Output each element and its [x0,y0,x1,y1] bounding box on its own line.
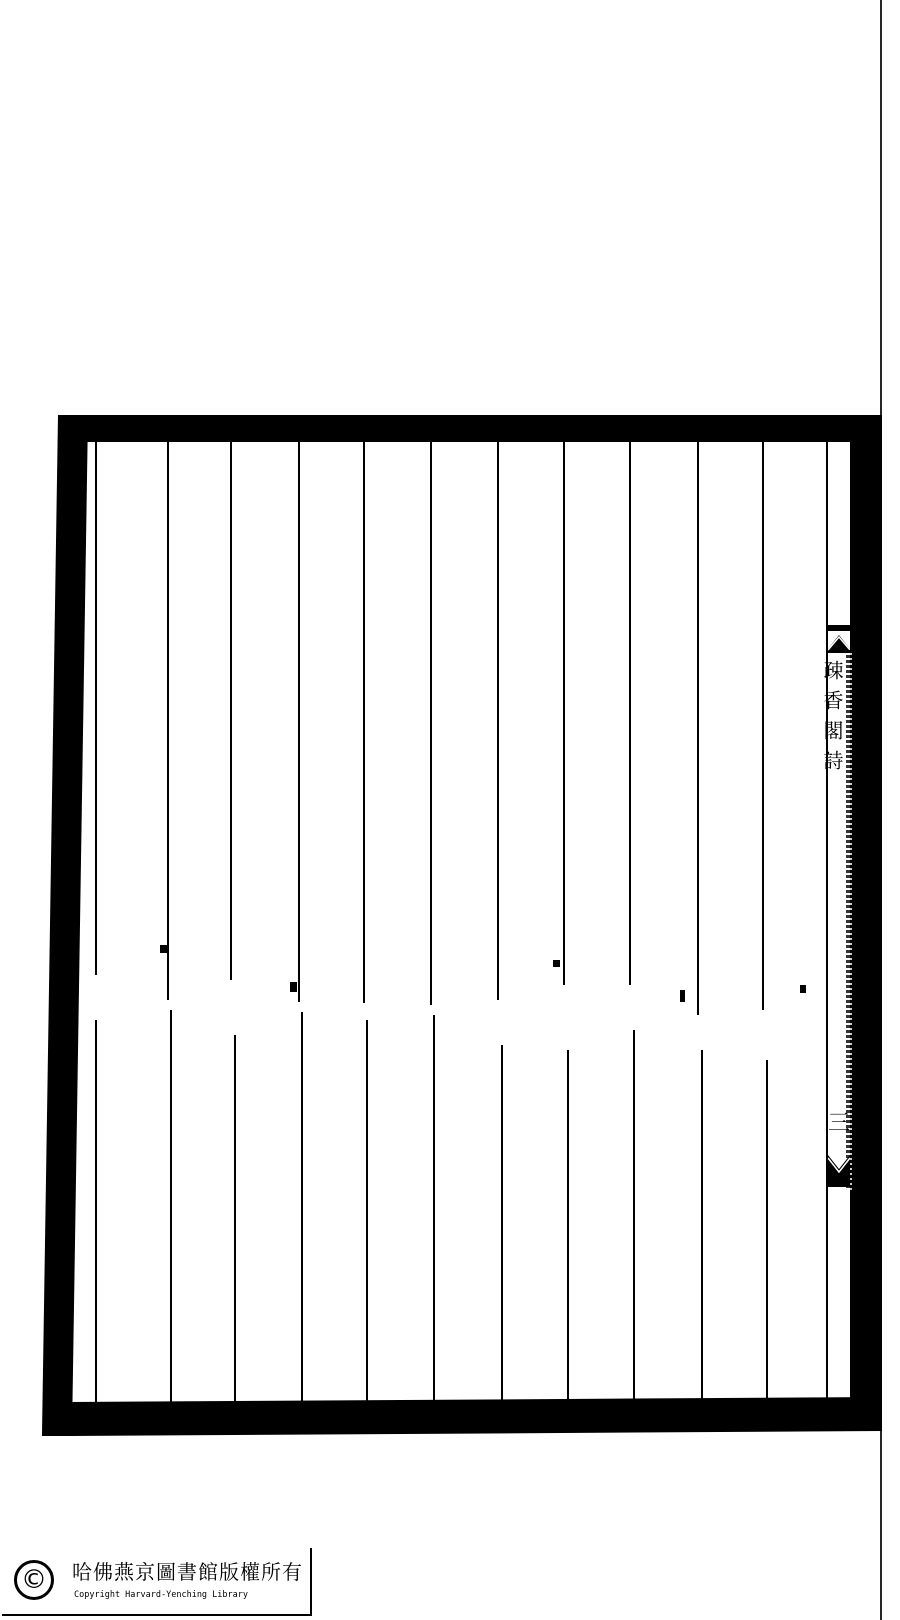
column-rule-line [567,1050,569,1401]
column-rule-line [433,1015,435,1402]
column-rule-line [766,1060,768,1400]
ink-speck [160,945,168,953]
column-rule-line [230,442,232,980]
column-rule-line [363,442,365,1003]
ink-speck [680,990,685,1002]
column-rule-line [430,442,432,1005]
copyright-chinese-text: 哈佛燕京圖書館版權所有 [72,1556,303,1585]
copyright-stamp: © 哈佛燕京圖書館版權所有 Copyright Harvard-Yenching… [2,1548,312,1616]
column-rule-line [701,1050,703,1400]
printed-frame: 疎香閣詩 三 [0,0,900,1620]
center-column-lower-bar [828,1181,850,1187]
ink-speck [800,985,806,993]
page-number: 三 [828,1112,850,1136]
column-rule-line [563,442,565,985]
copyright-english-text: Copyright Harvard-Yenching Library [74,1590,248,1600]
center-column-upper-box [828,442,850,625]
fishtail-bottom-icon [828,1155,850,1181]
column-rule-line [298,442,300,1002]
column-rule-line [501,1045,503,1402]
column-rule-line [170,1010,172,1404]
frame-border-top [58,415,882,442]
column-rule-line [629,442,631,985]
ink-speck [52,1080,55,1110]
ink-speck [290,982,297,992]
frame-border-left [42,415,88,1436]
column-rule-line [697,442,699,1015]
frame-border-bottom [70,1397,882,1436]
column-rule-line [167,442,169,1000]
frame-border-right [850,415,882,1430]
column-rule-line [633,1030,635,1401]
column-rule-line [762,442,764,1010]
copyright-icon: © [14,1560,54,1600]
ink-speck [553,960,560,967]
column-rule-line [95,1020,97,1404]
column-rule-line [497,442,499,1000]
column-rule-line [366,1020,368,1402]
column-rule-line [95,442,97,975]
book-title: 疎香閣詩 [828,660,850,780]
ink-speck [50,1000,53,1040]
column-rule-line [234,1035,236,1403]
column-rule-line [301,1012,303,1403]
